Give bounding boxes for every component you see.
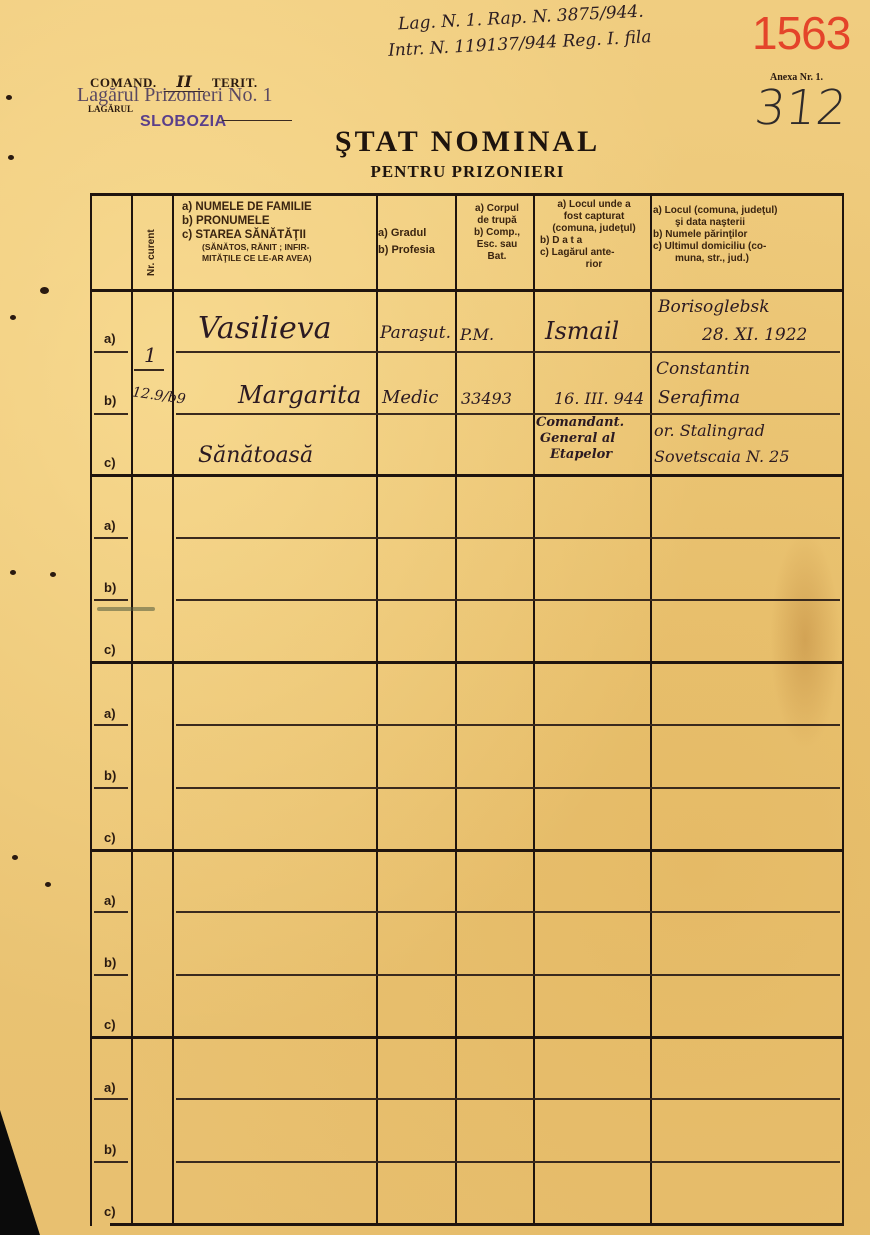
subrow-line [176,724,840,726]
entry-birth-place: Borisoglebsk [658,297,770,317]
subrow-line [94,787,128,789]
scan-background-corner [0,1110,40,1235]
row-label-c: c) [104,1204,116,1219]
entry-first-name: Margarita [238,381,361,409]
header-line: muna, str., jud.) [653,253,843,265]
table-border-left [90,193,92,1226]
header-line: a) Locul (comuna, judeţul) [653,205,843,217]
row-divider [90,1036,844,1039]
entry-corps: P.M. [460,325,494,344]
header-nr-curent: Nr. curent [137,218,167,288]
subrow-line [176,599,840,601]
entry-mother: Serafima [658,387,740,408]
entry-father: Constantin [656,359,750,379]
header-line: a) NUMELE DE FAMILIE [182,201,372,215]
row-label-a: a) [104,1080,116,1095]
column-divider [172,193,174,1226]
row-divider [90,661,844,664]
header-line: b) D a t a [536,235,652,247]
subrow-line [176,974,840,976]
row-label-b: b) [104,1142,116,1157]
fold-mark [97,607,155,611]
header-birth-column: a) Locul (comuna, judeţul) şi data naşte… [653,205,843,265]
subrow-line [94,537,128,539]
row-label-b: b) [104,768,116,783]
row-label-a: a) [104,518,116,533]
row-label-b: b) [104,580,116,595]
red-file-number: 1563 [752,6,850,60]
header-line: rior [536,259,652,271]
punch-mark [40,287,49,294]
header-line: (comuna, judeţul) [536,223,652,235]
subrow-line [94,1161,128,1163]
row-label-b: b) [104,955,116,970]
subrow-line [176,1161,840,1163]
header-line: b) PRONUMELE [182,215,372,229]
subrow-line [94,974,128,976]
header-line: b) Profesia [378,244,458,257]
subrow-line [94,911,128,913]
nr-fraction-line [134,369,164,371]
punch-mark [6,95,12,100]
header-line: şi data naşterii [653,217,843,229]
entry-nr: 1 [144,343,157,367]
punch-mark [10,570,16,575]
entry-birth-date: 28. XI. 1922 [702,325,807,345]
entry-capture-place: Ismail [545,317,619,345]
header-line: Bat. [458,251,536,263]
header-line: c) Ultimul domiciliu (co- [653,241,843,253]
subrow-line [176,537,840,539]
entry-company: 33493 [461,389,512,408]
row-label-b: b) [104,393,116,408]
entry-family-name: Vasilieva [198,311,332,346]
row-label-c: c) [104,830,116,845]
subrow-line [176,351,840,353]
row-label-a: a) [104,331,116,346]
subrow-line [94,351,128,353]
header-line: Esc. sau [458,239,536,251]
page-subtitle: PENTRU PRIZONIERI [0,162,870,182]
entry-profession: Medic [382,387,438,408]
entry-address-1: or. Stalingrad [654,421,765,440]
entry-previous-camp-3: Etapelor [550,447,612,462]
entry-rank: Paraşut. [380,323,451,343]
column-divider [533,193,535,1226]
page-title: ŞTAT NOMINAL [0,125,870,159]
header-line: c) Lagărul ante- [536,247,652,259]
entry-capture-date: 16. III. 944 [554,389,644,408]
subrow-line [94,1098,128,1100]
entry-address-2: Sovetscaia N. 25 [654,447,790,466]
lagarul-label: LAGĂRUL [88,104,133,114]
column-divider [650,193,652,1226]
header-line: c) STAREA SĂNĂTĂŢII [182,229,372,243]
subrow-line [94,724,128,726]
header-line: fost capturat [536,211,652,223]
subrow-line [94,599,128,601]
column-divider [131,193,133,1226]
row-label-a: a) [104,893,116,908]
entry-previous-camp-2: General al [540,431,615,446]
row-label-c: c) [104,455,116,470]
entry-health: Sănătoasă [198,443,313,468]
row-divider [90,474,844,477]
header-name-column: a) NUMELE DE FAMILIE b) PRONUMELE c) STA… [182,201,372,263]
header-line: a) Gradul [378,227,458,240]
header-line: b) Comp., [458,227,536,239]
subrow-line [176,911,840,913]
subrow-line [176,413,840,415]
entry-previous-camp-1: Comandant. [536,415,624,430]
punch-mark [10,315,16,320]
header-line: b) Numele părinţilor [653,229,843,241]
row-label-a: a) [104,706,116,721]
header-corp-column: a) Corpul de trupă b) Comp., Esc. sau Ba… [458,203,536,263]
prisoner-table: Nr. curent a) NUMELE DE FAMILIE b) PRONU… [90,193,845,1226]
row-divider [90,849,844,852]
punch-mark [50,572,56,577]
underline [222,120,292,121]
entry-nr-note: 12.9/b9 [131,384,186,407]
subrow-line [176,1098,840,1100]
header-grad-column: a) Gradul b) Profesia [378,227,458,257]
table-border-right [842,193,844,1226]
subrow-line [176,787,840,789]
header-divider [90,289,844,292]
subrow-line [94,413,128,415]
table-border-bottom [110,1223,844,1226]
header-capture-column: a) Locul unde a fost capturat (comuna, j… [536,199,652,271]
punch-mark [45,882,51,887]
row-label-c: c) [104,1017,116,1032]
column-divider [376,193,378,1226]
header-line: a) Locul unde a [536,199,652,211]
header-note: MITĂŢILE CE LE-AR AVEA) [182,253,372,263]
header-line: a) Corpul [458,203,536,215]
header-note: (SĂNĂTOS, RĂNIT ; INFIR- [182,242,372,252]
punch-mark [12,855,18,860]
header-line: de trupă [458,215,536,227]
row-label-c: c) [104,642,116,657]
column-divider [455,193,457,1226]
table-border-top [90,193,844,196]
